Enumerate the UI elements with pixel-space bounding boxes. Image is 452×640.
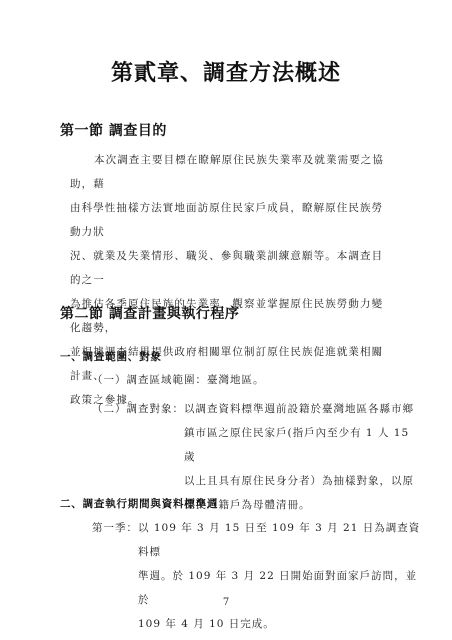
section-title-purpose: 第一節 調查目的 — [60, 120, 167, 140]
document-page: 第貳章、調查方法概述 第一節 調查目的 本次調查主要目標在瞭解原住民族失業率及就… — [0, 0, 452, 640]
subheading-period: 二、調查執行期間與資料標準週 — [60, 496, 218, 511]
item-text: 以調查資料標準週前設籍於臺灣地區各縣市鄉 鎮市區之原住民家戶(指戶內至少有 1 … — [184, 397, 422, 517]
item-label: 第一季： — [92, 516, 138, 636]
page-number: 7 — [0, 597, 452, 608]
subheading-scope: 一、調查範圍、對象 — [60, 349, 162, 364]
section-title-plan: 第二節 調查計畫與執行程序 — [60, 303, 239, 323]
item-label: （一）調查區域範圍： — [92, 368, 207, 392]
list-item-q1: 第一季： 以 109 年 3 月 15 日至 109 年 3 月 21 日為調查… — [92, 516, 422, 636]
paragraph-line: 本次調查主要目標在瞭解原住民族失業率及就業需要之協助，藉 — [70, 148, 390, 196]
paragraph-line: 況、就業及失業情形、職災、參與職業訓練意願等。本調查目的之一 — [70, 244, 390, 292]
paragraph-line: 由科學性抽樣方法實地面訪原住民家戶成員，瞭解原住民族勞動力狀 — [70, 196, 390, 244]
item-text: 以 109 年 3 月 15 日至 109 年 3 月 21 日為調查資料標 準… — [138, 516, 422, 636]
item-text: 臺灣地區。 — [207, 368, 392, 392]
list-item-region: （一）調查區域範圍： 臺灣地區。 — [92, 368, 392, 392]
chapter-title: 第貳章、調查方法概述 — [0, 56, 452, 87]
